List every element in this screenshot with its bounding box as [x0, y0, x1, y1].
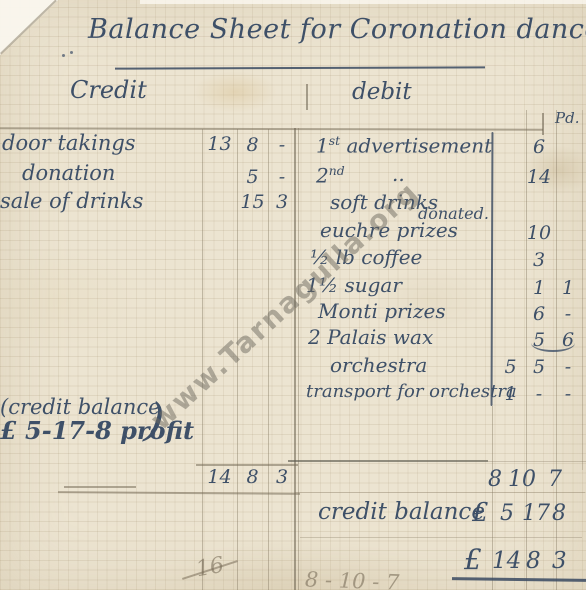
entry-label: orchestra [330, 355, 427, 376]
paper-top-edge [140, 0, 586, 4]
pencil-faint-total: 8 - 10 - 7 [305, 568, 400, 590]
subtotal-bottom-rule [295, 492, 585, 493]
amount-pounds: 1 [494, 385, 527, 405]
credit-balance-note-line1: (credit balance [0, 396, 161, 418]
credit-balance-label: credit balance [318, 500, 485, 524]
debit-subtotal-rule-faint [488, 461, 586, 462]
debit-total-row: £ 14 8 3 [0, 545, 586, 581]
balance-pence: 8 [552, 502, 566, 525]
title-underline [115, 66, 485, 69]
credit-column-header: Credit [70, 78, 147, 103]
corner-fold [0, 0, 60, 57]
amount-shillings: - [525, 385, 553, 405]
pencil-scribble: 16 [194, 554, 226, 582]
paid-column-header: Pd. [555, 111, 579, 127]
amount-shillings: 1 [525, 279, 553, 299]
subtotal-pounds: 8 [488, 468, 502, 491]
page-title: Balance Sheet for Coronation dance [88, 16, 586, 44]
amount-bracket-curve [531, 334, 575, 352]
currency-symbol: £ [472, 500, 489, 527]
amount-pence: - [554, 305, 582, 325]
debit-row: soft drinks donated. [0, 192, 586, 222]
amount-pence: 1 [554, 279, 582, 299]
amount-shillings: 14 [525, 168, 553, 188]
ink-speck [62, 54, 65, 57]
balance-shillings: 17 [522, 502, 550, 525]
debit-row: 1st advertisement 6 [0, 134, 586, 164]
subtotal-shillings: 10 [508, 468, 536, 491]
amount-pence: - [554, 358, 582, 378]
debit-subtotal-rule-dark [288, 460, 488, 462]
grand-total-shillings: 8 [526, 549, 541, 573]
entry-label: 2 Palais wax [308, 327, 433, 348]
entry-label: transport for orchestra [306, 383, 517, 402]
header-divider-line [306, 84, 308, 110]
balance-sheet-page: Balance Sheet for Coronation dance Credi… [0, 0, 586, 590]
amount-shillings: 5 [525, 358, 553, 378]
subtotal-pence: 7 [548, 468, 562, 491]
debit-row: euchre prizes 10 [0, 220, 586, 250]
entry-label: Monti prizes [318, 301, 446, 322]
debit-column-header: debit [352, 80, 412, 104]
balance-bottom-rule [300, 537, 582, 538]
balance-pounds: 5 [500, 502, 514, 525]
grand-total-pence: 3 [552, 549, 567, 573]
entry-label: 1st advertisement [316, 134, 492, 157]
amount-shillings: 3 [525, 251, 553, 271]
currency-symbol: £ [464, 545, 482, 574]
amount-shillings: 6 [525, 138, 553, 158]
table-top-rule [0, 127, 543, 130]
entry-label: 2nd [316, 164, 345, 187]
credit-balance-row: credit balance £ 5 17 8 [0, 500, 586, 536]
grand-total-pounds: 14 [492, 549, 521, 573]
debit-row: 2nd .. 14 [0, 164, 586, 194]
amount-pence: - [554, 385, 582, 405]
grand-total-underline [452, 577, 586, 582]
debit-row: 2 Palais wax 5 6 [0, 327, 586, 357]
debit-row: ½ lb coffee 3 [0, 247, 586, 277]
amount-shillings: 6 [525, 305, 553, 325]
ink-speck [70, 51, 73, 54]
amount-pounds: 5 [494, 358, 527, 378]
amount-shillings: 10 [525, 224, 553, 244]
debit-subtotal-row: 8 10 7 [0, 468, 586, 498]
